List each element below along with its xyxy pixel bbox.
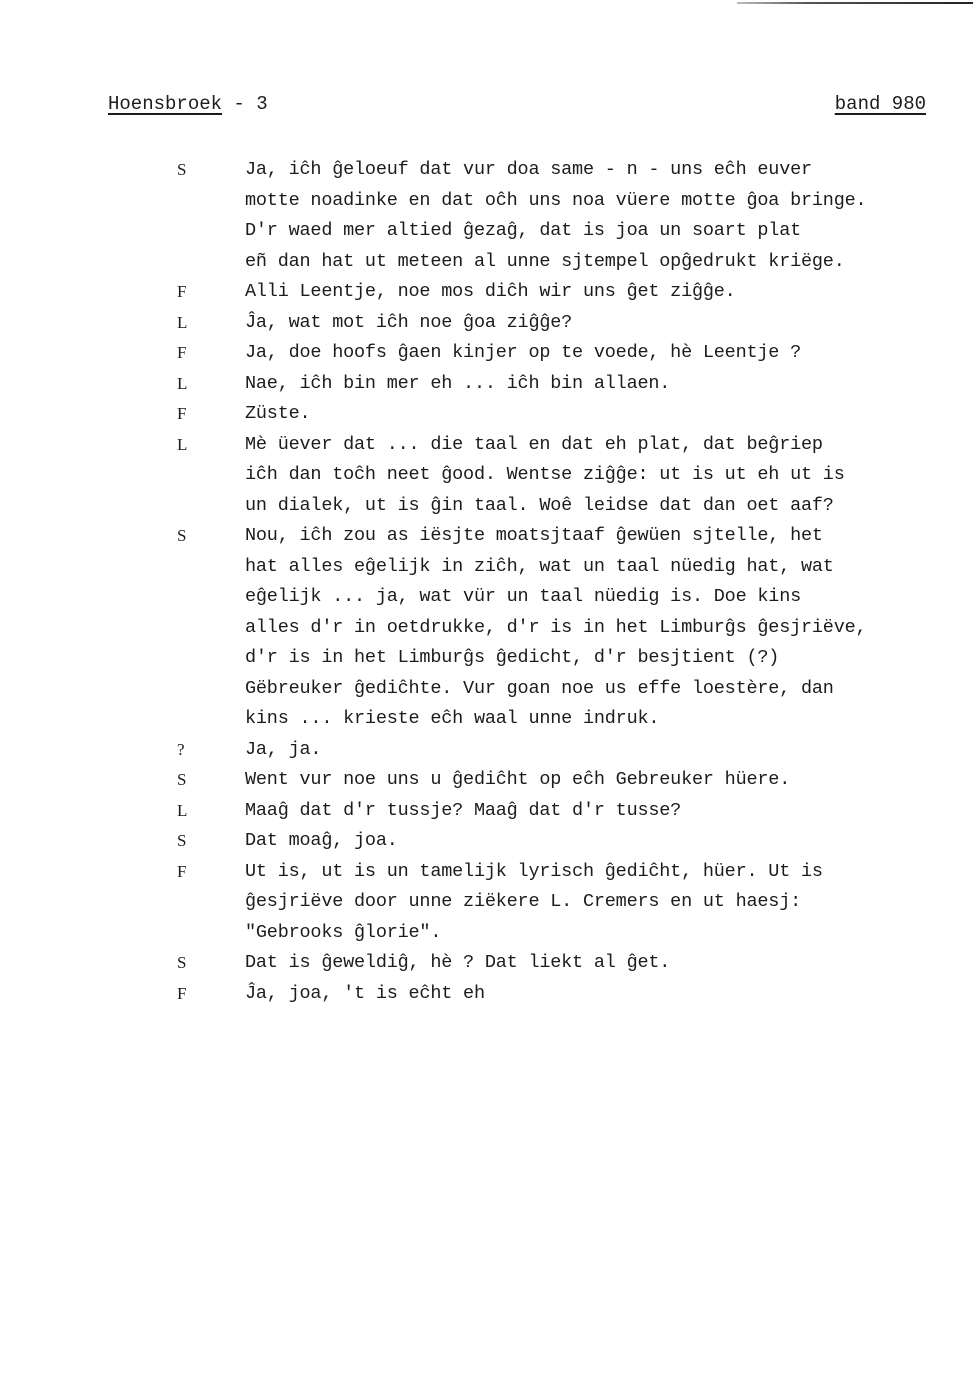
utterance-text: Maaĝ dat d'r tussje? Maaĝ dat d'r tusse? — [245, 796, 681, 827]
tape-label: band 980 — [835, 93, 926, 115]
speaker-label: L — [177, 430, 207, 461]
page-header: Hoensbroek - 3 band 980 — [108, 93, 926, 121]
transcript-line: eĝelijk ... ja, wat vür un taal nüedig i… — [177, 582, 957, 613]
utterance-text: eĝelijk ... ja, wat vür un taal nüedig i… — [245, 582, 801, 613]
speaker-label: F — [177, 277, 207, 308]
utterance-text: Went vur noe uns u ĝediĉht op eĉh Gebreu… — [245, 765, 790, 796]
speaker-label: S — [177, 826, 207, 857]
speaker-label: S — [177, 521, 207, 552]
transcript-line: FZüste. — [177, 399, 957, 430]
speaker-label: F — [177, 857, 207, 888]
utterance-text: Dat is ĝeweldiĝ, hè ? Dat liekt al ĝet. — [245, 948, 670, 979]
speaker-label: S — [177, 948, 207, 979]
utterance-text: Nou, iĉh zou as iësjte moatsjtaaf ĝewüen… — [245, 521, 823, 552]
utterance-text: "Gebrooks ĝlorie". — [245, 918, 441, 949]
utterance-text: Ĵa, wat mot iĉh noe ĝoa ziĝĝe? — [245, 308, 572, 339]
transcript-line: iĉh dan toĉh neet ĝood. Wentse ziĝĝe: ut… — [177, 460, 957, 491]
utterance-text: kins ... krieste eĉh waal unne indruk. — [245, 704, 659, 735]
speaker-label: L — [177, 369, 207, 400]
transcript-line: LMaaĝ dat d'r tussje? Maaĝ dat d'r tusse… — [177, 796, 957, 827]
transcript-line: eñ dan hat ut meteen al unne sjtempel op… — [177, 247, 957, 278]
transcript-line: LMè üever dat ... die taal en dat eh pla… — [177, 430, 957, 461]
transcript-line: ĝesjriëve door unne ziëkere L. Cremers e… — [177, 887, 957, 918]
speaker-label: F — [177, 399, 207, 430]
speaker-label: L — [177, 796, 207, 827]
utterance-text: motte noadinke en dat oĉh uns noa vüere … — [245, 186, 866, 217]
header-left: Hoensbroek - 3 — [108, 93, 268, 115]
utterance-text: Ut is, ut is un tamelijk lyrisch ĝediĉht… — [245, 857, 823, 888]
transcript-line: SDat is ĝeweldiĝ, hè ? Dat liekt al ĝet. — [177, 948, 957, 979]
location-title: Hoensbroek — [108, 93, 222, 115]
speaker-label: S — [177, 155, 207, 186]
utterance-text: Ja, doe hoofs ĝaen kinjer op te voede, h… — [245, 338, 801, 369]
transcript-line: SNou, iĉh zou as iësjte moatsjtaaf ĝewüe… — [177, 521, 957, 552]
transcript-body: SJa, iĉh ĝeloeuf dat vur doa same - n - … — [177, 155, 957, 1009]
transcript-line: D'r waed mer altied ĝezaĝ, dat is joa un… — [177, 216, 957, 247]
utterance-text: Gëbreuker ĝediĉhte. Vur goan noe us effe… — [245, 674, 834, 705]
speaker-label: S — [177, 765, 207, 796]
utterance-text: ĝesjriëve door unne ziëkere L. Cremers e… — [245, 887, 801, 918]
utterance-text: eñ dan hat ut meteen al unne sjtempel op… — [245, 247, 845, 278]
transcript-line: ?Ja, ja. — [177, 735, 957, 766]
utterance-text: iĉh dan toĉh neet ĝood. Wentse ziĝĝe: ut… — [245, 460, 845, 491]
utterance-text: Ĵa, joa, 't is eĉht eh — [245, 979, 485, 1010]
transcript-line: FJa, doe hoofs ĝaen kinjer op te voede, … — [177, 338, 957, 369]
transcript-line: FAlli Leentje, noe mos diĉh wir uns ĝet … — [177, 277, 957, 308]
scan-edge-line — [737, 2, 973, 4]
utterance-text: Züste. — [245, 399, 310, 430]
transcript-line: SDat moaĝ, joa. — [177, 826, 957, 857]
utterance-text: alles d'r in oetdrukke, d'r is in het Li… — [245, 613, 866, 644]
utterance-text: Mè üever dat ... die taal en dat eh plat… — [245, 430, 823, 461]
utterance-text: Dat moaĝ, joa. — [245, 826, 398, 857]
transcript-line: d'r is in het Limburĝs ĝedicht, d'r besj… — [177, 643, 957, 674]
transcript-line: alles d'r in oetdrukke, d'r is in het Li… — [177, 613, 957, 644]
utterance-text: hat alles eĝelijk in ziĉh, wat un taal n… — [245, 552, 834, 583]
utterance-text: Alli Leentje, noe mos diĉh wir uns ĝet z… — [245, 277, 736, 308]
transcript-line: kins ... krieste eĉh waal unne indruk. — [177, 704, 957, 735]
utterance-text: un dialek, ut is ĝin taal. Woê leidse da… — [245, 491, 834, 522]
transcript-line: hat alles eĝelijk in ziĉh, wat un taal n… — [177, 552, 957, 583]
transcript-line: SWent vur noe uns u ĝediĉht op eĉh Gebre… — [177, 765, 957, 796]
transcript-line: motte noadinke en dat oĉh uns noa vüere … — [177, 186, 957, 217]
page-number: - 3 — [222, 93, 268, 115]
speaker-label: ? — [177, 735, 207, 766]
transcript-line: LNae, iĉh bin mer eh ... iĉh bin allaen. — [177, 369, 957, 400]
speaker-label: F — [177, 338, 207, 369]
transcript-line: SJa, iĉh ĝeloeuf dat vur doa same - n - … — [177, 155, 957, 186]
utterance-text: Ja, iĉh ĝeloeuf dat vur doa same - n - u… — [245, 155, 812, 186]
transcript-line: "Gebrooks ĝlorie". — [177, 918, 957, 949]
transcript-line: Gëbreuker ĝediĉhte. Vur goan noe us effe… — [177, 674, 957, 705]
transcript-line: un dialek, ut is ĝin taal. Woê leidse da… — [177, 491, 957, 522]
utterance-text: D'r waed mer altied ĝezaĝ, dat is joa un… — [245, 216, 801, 247]
transcript-line: LĴa, wat mot iĉh noe ĝoa ziĝĝe? — [177, 308, 957, 339]
speaker-label: F — [177, 979, 207, 1010]
utterance-text: Nae, iĉh bin mer eh ... iĉh bin allaen. — [245, 369, 670, 400]
utterance-text: Ja, ja. — [245, 735, 321, 766]
utterance-text: d'r is in het Limburĝs ĝedicht, d'r besj… — [245, 643, 779, 674]
transcript-line: FUt is, ut is un tamelijk lyrisch ĝediĉh… — [177, 857, 957, 888]
speaker-label: L — [177, 308, 207, 339]
transcript-line: FĴa, joa, 't is eĉht eh — [177, 979, 957, 1010]
